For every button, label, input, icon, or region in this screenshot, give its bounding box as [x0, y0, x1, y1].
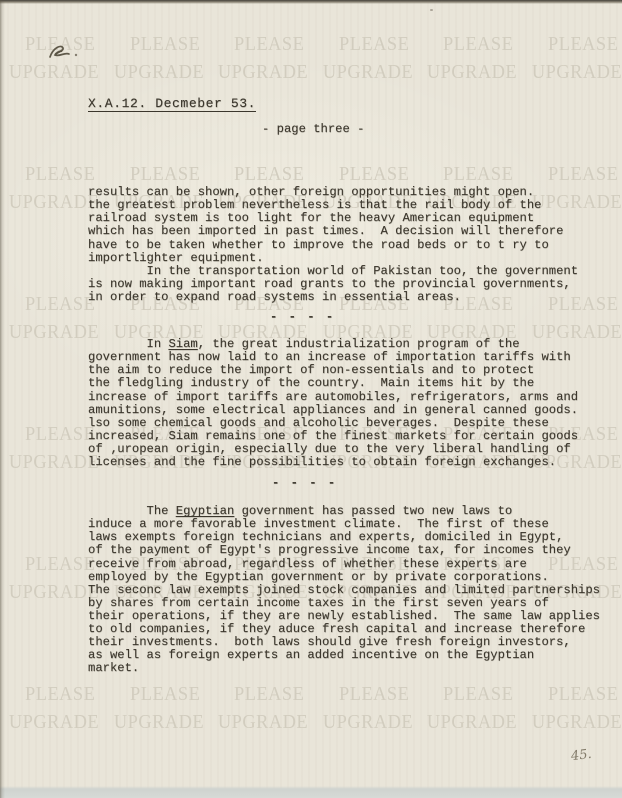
typed-line: in order to expand road systems in essen… — [88, 291, 608, 304]
pencil-mark-icon — [46, 40, 82, 66]
separator-2: - - - - — [272, 477, 608, 490]
dust-speck — [430, 9, 433, 11]
typed-line: lso some chemical goods and alcoholic be… — [88, 417, 608, 430]
scanned-document-page: PLEASEPLEASEPLEASEPLEASEPLEASEPLEASEUPGR… — [0, 0, 622, 798]
typed-line: importlighter equipment. — [88, 252, 608, 265]
typed-line: as well as foreign experts an added ince… — [88, 649, 608, 662]
watermark-word: UPGRADE — [9, 452, 99, 472]
typed-line: of ‚uropean origin, especially due to th… — [88, 443, 608, 456]
watermark-word: PLEASE — [25, 554, 95, 574]
watermark-word: UPGRADE — [532, 712, 622, 732]
watermark-word: UPGRADE — [427, 712, 517, 732]
typed-line: have to be taken whether to improve the … — [88, 239, 608, 252]
watermark-word: PLEASE — [234, 34, 304, 54]
watermark-word: UPGRADE — [9, 192, 99, 212]
typed-line: is now making important road grants to t… — [88, 278, 608, 291]
typed-line: the fledgling industry of the country. M… — [88, 377, 608, 390]
paragraph-siam: In Siam, the great industrialization pro… — [88, 338, 608, 469]
typed-text-column: X.A.12. Decmeber 53. - page three - resu… — [88, 97, 608, 675]
watermark-word: UPGRADE — [9, 712, 99, 732]
typed-line: increased, Siam remains one of the fines… — [88, 430, 608, 443]
watermark-word: PLEASE — [548, 34, 618, 54]
separator-1: - - - - — [270, 311, 608, 324]
underlined-word: Egyptian — [176, 504, 235, 518]
watermark-word: UPGRADE — [114, 62, 204, 82]
watermark-word: UPGRADE — [9, 322, 99, 342]
watermark-row: UPGRADEUPGRADEUPGRADEUPGRADEUPGRADEUPGRA… — [2, 712, 622, 732]
typed-line: The seconc law exempts joined stock comp… — [88, 584, 608, 597]
paragraph-railroads: results can be shown, other foreign oppo… — [88, 186, 608, 304]
watermark-word: UPGRADE — [9, 582, 99, 602]
typed-line: employed by the Egyptian government or b… — [88, 571, 608, 584]
watermark-word: UPGRADE — [114, 712, 204, 732]
watermark-row: UPGRADEUPGRADEUPGRADEUPGRADEUPGRADEUPGRA… — [2, 62, 622, 82]
typed-line: receive from abroad, regardless of wheth… — [88, 558, 608, 571]
watermark-word: PLEASE — [443, 684, 513, 704]
typed-line: increase of import tariffs are automobil… — [88, 391, 608, 404]
watermark-word: PLEASE — [25, 684, 95, 704]
watermark-word: PLEASE — [234, 684, 304, 704]
page-number-label: - page three - — [262, 123, 608, 136]
handwritten-page-number: 45. — [570, 747, 592, 764]
watermark-word: PLEASE — [25, 424, 95, 444]
typed-line: amunitions, some electrical appliances a… — [88, 404, 608, 417]
typed-line: by shares from certain income taxes in t… — [88, 597, 608, 610]
watermark-word: UPGRADE — [218, 62, 308, 82]
document-heading: X.A.12. Decmeber 53. — [88, 97, 256, 112]
typed-line: market. — [88, 662, 608, 675]
watermark-word: PLEASE — [25, 164, 95, 184]
watermark-word: PLEASE — [339, 684, 409, 704]
underlined-word: Siam — [168, 337, 197, 351]
watermark-word: UPGRADE — [218, 712, 308, 732]
watermark-word: UPGRADE — [323, 62, 413, 82]
typed-line: licenses and the fine possibilities to o… — [88, 456, 608, 469]
watermark-row: PLEASEPLEASEPLEASEPLEASEPLEASEPLEASE — [8, 684, 622, 704]
watermark-word: UPGRADE — [427, 62, 517, 82]
document-body: results can be shown, other foreign oppo… — [88, 186, 608, 675]
watermark-word: PLEASE — [443, 34, 513, 54]
watermark-word: PLEASE — [339, 34, 409, 54]
watermark-word: PLEASE — [130, 684, 200, 704]
watermark-word: UPGRADE — [323, 712, 413, 732]
watermark-row: PLEASEPLEASEPLEASEPLEASEPLEASEPLEASE — [8, 34, 622, 54]
typed-line: In the transportation world of Pakistan … — [88, 265, 608, 278]
watermark-word: PLEASE — [25, 294, 95, 314]
watermark-word: PLEASE — [548, 684, 618, 704]
watermark-word: UPGRADE — [532, 62, 622, 82]
typed-line: which has been imported in past times. A… — [88, 225, 608, 238]
typed-line: of the payment of Egypt's progressive in… — [88, 544, 608, 557]
paragraph-egypt: The Egyptian government has passed two n… — [88, 505, 608, 675]
watermark-word: PLEASE — [130, 34, 200, 54]
